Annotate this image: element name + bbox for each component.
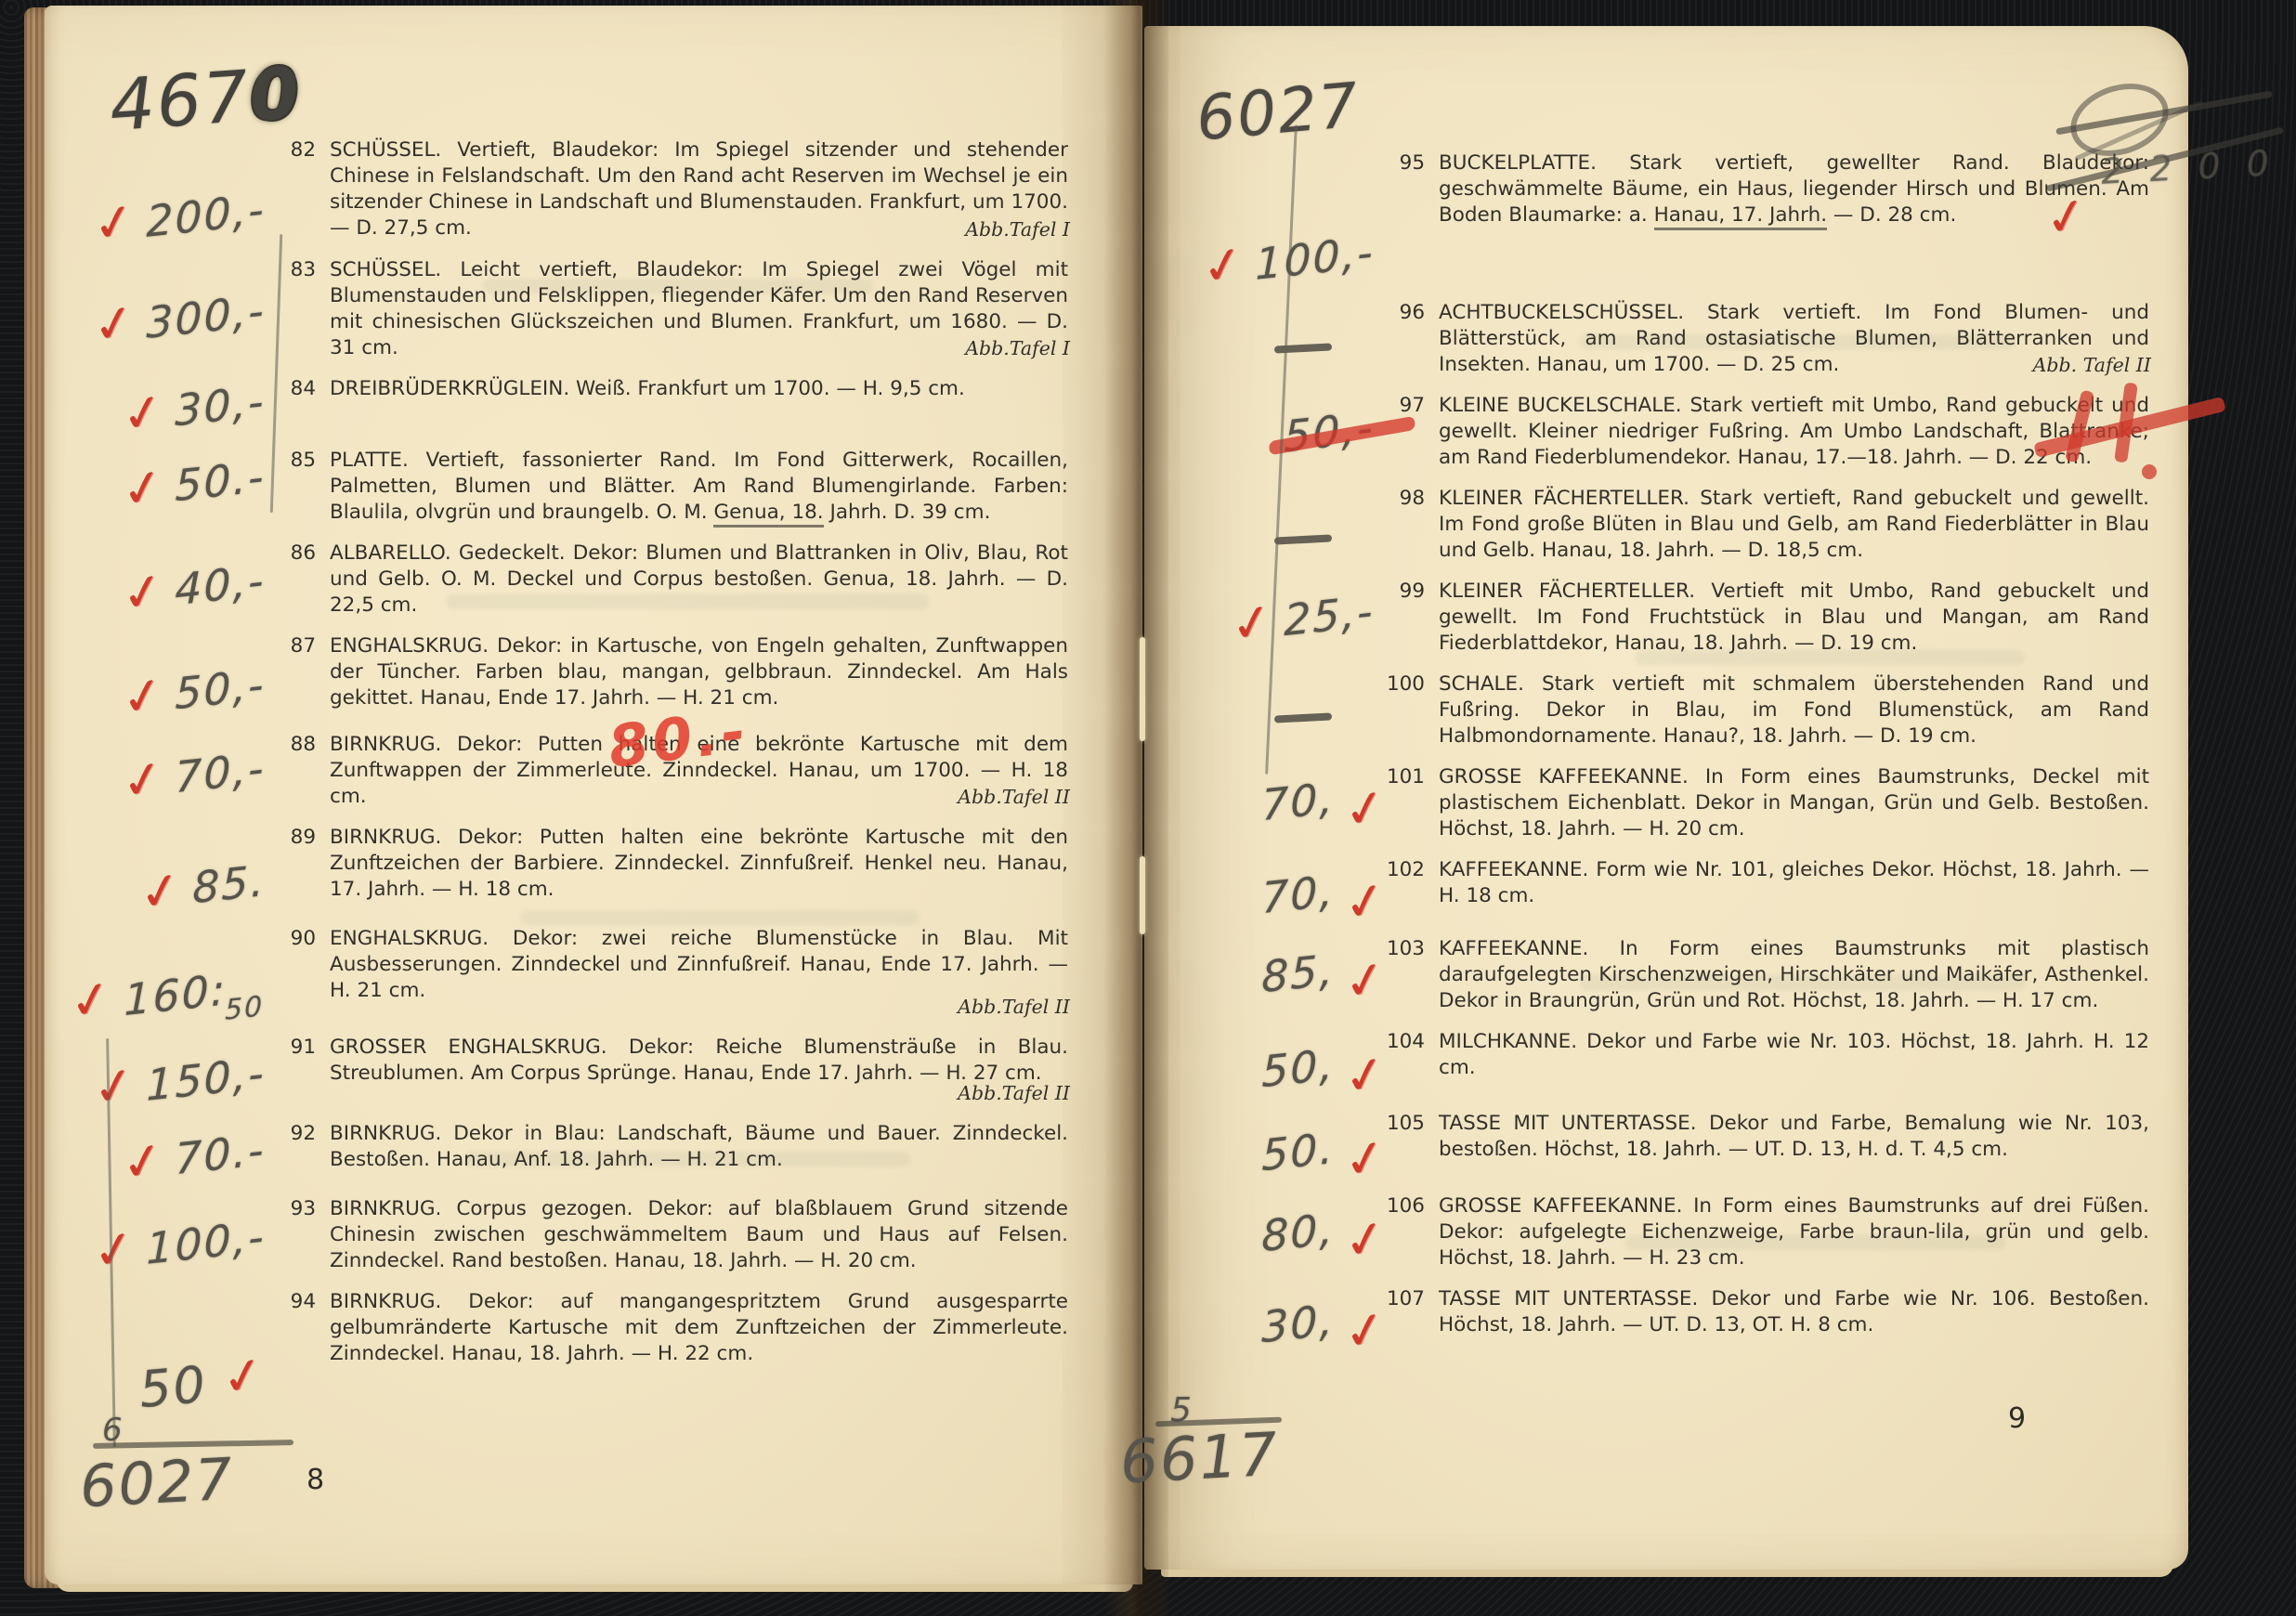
catalog-entry: ✓ 100,- 95 BUCKELPLATTE. Stark vertieft,… (1165, 150, 2151, 285)
handwritten-price: 70, (1261, 785, 1335, 818)
margin-annotation: ✓ 50,- (56, 633, 266, 716)
handwritten-price: 80, (1261, 1216, 1335, 1249)
lot-description: KAFFEEKANNE. Form wie Nr. 101, gleiches … (1439, 857, 2151, 921)
check-mark-icon: ✓ (119, 465, 169, 513)
footer-total: 6617 (1118, 1421, 1281, 1498)
binding-stitch (1140, 637, 1145, 741)
lot-number: 82 (266, 137, 330, 242)
margin-annotation: ✓ 100,- (1165, 150, 1375, 285)
plate-reference: Abb.Tafel I (965, 335, 1070, 361)
right-page-entries: ✓ 100,- 95 BUCKELPLATTE. Stark vertieft,… (1165, 150, 2151, 1365)
check-mark-icon: ✓ (1340, 1052, 1390, 1100)
lot-number: 94 (266, 1289, 330, 1396)
catalog-entry: ✓ 160:50 90 ENGHALSKRUG. Dekor: zwei rei… (56, 926, 1070, 1020)
catalog-entry: 96 ACHTBUCKELSCHÜSSEL. Stark vertieft. I… (1165, 300, 2151, 378)
catalog-entry: 98 KLEINER FÄCHERTELLER. Stark vertieft,… (1165, 486, 2151, 564)
catalog-entry: ✓ 70,- 88 BIRNKRUG. Dekor: Putten halten… (56, 732, 1070, 810)
catalog-entry: 30, ✓ 107 TASSE MIT UNTERTASSE. Dekor un… (1165, 1286, 2151, 1350)
book-gutter (1103, 0, 1168, 1616)
lot-description: GROSSE KAFFEEKANNE. In Form eines Baumst… (1439, 764, 2151, 842)
handwritten-price: 25,- (1285, 598, 1375, 633)
margin-annotation: ✓ 40,- (56, 541, 266, 619)
check-mark-icon: ✓ (1340, 958, 1390, 1005)
lot-description: BIRNKRUG. Corpus gezogen. Dekor: auf bla… (330, 1196, 1070, 1274)
lot-number: 98 (1375, 486, 1439, 564)
catalog-entry: 50. ✓ 105 TASSE MIT UNTERTASSE. Dekor un… (1165, 1111, 2151, 1179)
catalog-entry: ✓ 25,- 99 KLEINER FÄCHERTELLER. Vertieft… (1165, 579, 2151, 657)
margin-annotation (1165, 486, 1375, 564)
check-mark-icon: ✓ (1340, 785, 1390, 832)
handwritten-price: 50.- (176, 463, 266, 499)
margin-annotation (1165, 300, 1375, 378)
handwritten-price: 40,- (176, 567, 266, 603)
binding-stitch (1140, 856, 1145, 934)
lot-description: BIRNKRUG. Dekor in Blau: Landschaft, Bäu… (330, 1121, 1070, 1181)
catalog-entry: ✓ 40,- 86 ALBARELLO. Gedeckelt. Dekor: B… (56, 541, 1070, 619)
check-mark-icon: ✓ (119, 1138, 169, 1185)
handwritten-price: 85. (192, 867, 266, 900)
margin-annotation: ✓ 25,- (1165, 579, 1375, 657)
corner-note: 2 2 0 0 (2100, 142, 2277, 192)
check-mark-icon: ✓ (119, 389, 169, 437)
lot-description: SCHALE. Stark vertieft mit schmalem über… (1439, 671, 2151, 749)
lot-description: ENGHALSKRUG. Dekor: zwei reiche Blumenst… (330, 926, 1070, 1020)
auction-catalog-spread: ✓ 200,- 82 SCHÜSSEL. Vertieft, Blaudekor… (0, 0, 2296, 1616)
handwritten-price: 50,- (1285, 414, 1375, 450)
lot-description: MILCHKANNE. Dekor und Farbe wie Nr. 103.… (1439, 1029, 2151, 1095)
handwritten-price: 100,- (146, 1223, 265, 1262)
margin-annotation: ✓ 300,- (56, 257, 266, 361)
header-code: 6027 (1194, 69, 1363, 154)
catalog-entry: 70, ✓ 102 KAFFEEKANNE. Form wie Nr. 101,… (1165, 857, 2151, 921)
check-mark-icon: ✓ (89, 1062, 139, 1110)
plate-reference: Abb.Tafel II (958, 1080, 1070, 1106)
handwritten-price: 70,- (176, 754, 266, 789)
footer-amount: 50 (137, 1355, 209, 1419)
lot-number: 91 (266, 1035, 330, 1106)
catalog-entry: ✓ 70.- 92 BIRNKRUG. Dekor in Blau: Lands… (56, 1121, 1070, 1181)
scribble-blob: 0 (247, 51, 304, 137)
lot-description: SCHÜSSEL. Vertieft, Blaudekor: Im Spiege… (330, 137, 1070, 242)
check-mark-icon: ✓ (119, 569, 169, 617)
margin-annotation: ✓ 200,- (56, 137, 266, 242)
lot-number: 99 (1375, 579, 1439, 657)
lot-description: TASSE MIT UNTERTASSE. Dekor und Farbe, B… (1439, 1111, 2151, 1179)
margin-annotation: ✓ 50.- (56, 448, 266, 526)
margin-annotation: 50, ✓ (1165, 1029, 1375, 1095)
left-page-entries: ✓ 200,- 82 SCHÜSSEL. Vertieft, Blaudekor… (56, 137, 1070, 1412)
handwritten-price: 100,- (1255, 239, 1374, 278)
lot-number: 85 (266, 448, 330, 526)
margin-annotation: 85, ✓ (1165, 936, 1375, 1014)
lot-description: GROSSE KAFFEEKANNE. In Form eines Baumst… (1439, 1193, 2151, 1271)
plate-reference: Abb.Tafel II (958, 994, 1070, 1020)
handwritten-price: 30, (1261, 1307, 1335, 1340)
margin-annotation: ✓ 85. (56, 825, 266, 911)
lot-description: ALBARELLO. Gedeckelt. Dekor: Blumen und … (330, 541, 1070, 619)
handwritten-price: 30,- (176, 388, 266, 424)
corner-scribble: 4670 (107, 51, 304, 147)
catalog-entry: 70, ✓ 101 GROSSE KAFFEEKANNE. In Form ei… (1165, 764, 2151, 842)
red-crayon-price: 80.- (607, 717, 750, 760)
catalog-entry: ✓ 94 BIRNKRUG. Dekor: auf mangangespritz… (56, 1289, 1070, 1396)
handwritten-price: 300,- (146, 297, 265, 336)
catalog-entry: 100 SCHALE. Stark vertieft mit schmalem … (1165, 671, 2151, 749)
margin-annotation: 30, ✓ (1165, 1286, 1375, 1350)
red-scribble-dot (2142, 464, 2157, 479)
catalog-entry: ✓ 85. 89 BIRNKRUG. Dekor: Putten halten … (56, 825, 1070, 911)
lot-description: KLEINER FÄCHERTELLER. Vertieft mit Umbo,… (1439, 579, 2151, 657)
plate-reference: Abb. Tafel II (2033, 352, 2151, 378)
lot-description: GROSSER ENGHALSKRUG. Dekor: Reiche Blume… (330, 1035, 1070, 1106)
lot-number: 89 (266, 825, 330, 911)
pencil-underlined-text: Hanau, 17. Jahrh. (1654, 203, 1828, 230)
lot-number: 100 (1375, 671, 1439, 749)
check-mark-icon: ✓ (1228, 599, 1278, 646)
check-mark-icon: ✓ (2042, 193, 2091, 240)
catalog-entry: ✓ 150,- 91 GROSSER ENGHALSKRUG. Dekor: R… (56, 1035, 1070, 1106)
margin-annotation: 80, ✓ (1165, 1193, 1375, 1271)
catalog-entry: ✓ 50,- 87 ENGHALSKRUG. Dekor: in Kartusc… (56, 633, 1070, 716)
check-mark-icon: ✓ (1198, 241, 1248, 289)
check-mark-icon: ✓ (89, 199, 139, 246)
margin-annotation: ✓ 70.- (56, 1121, 266, 1181)
lot-description: BIRNKRUG. Dekor: Putten halten eine bekr… (330, 732, 1070, 810)
catalog-entry: 80, ✓ 106 GROSSE KAFFEEKANNE. In Form ei… (1165, 1193, 2151, 1271)
catalog-entry: 50, ✓ 104 MILCHKANNE. Dekor und Farbe wi… (1165, 1029, 2151, 1095)
check-mark-icon: ✓ (67, 976, 117, 1023)
lot-number: 88 (266, 732, 330, 810)
margin-annotation: ✓ 160:50 (56, 926, 266, 1020)
handwritten-price: 85, (1261, 957, 1335, 990)
catalog-entry: ✓ 200,- 82 SCHÜSSEL. Vertieft, Blaudekor… (56, 137, 1070, 242)
lot-number: 90 (266, 926, 330, 1020)
catalog-entry: ✓ 100,- 93 BIRNKRUG. Corpus gezogen. Dek… (56, 1196, 1070, 1274)
check-mark-icon: ✓ (1340, 1307, 1390, 1354)
lot-description: KLEINER FÄCHERTELLER. Stark vertieft, Ra… (1439, 486, 2151, 564)
lot-number: 96 (1375, 300, 1439, 378)
lot-number: 95 (1375, 150, 1439, 285)
margin-annotation: ✓ 30,- (56, 376, 266, 433)
check-mark-icon: ✓ (89, 1227, 139, 1274)
handwritten-price: 50. (1261, 1134, 1335, 1167)
page-number-right: 9 (2008, 1402, 2026, 1435)
pencil-dash-mark (1274, 535, 1332, 545)
pencil-dash-mark (1274, 713, 1332, 723)
handwritten-price: 160:50 (124, 972, 266, 1020)
pencil-dash-mark (1274, 344, 1332, 354)
check-mark-icon: ✓ (1340, 1216, 1390, 1263)
margin-annotation: ✓ 150,- (56, 1035, 266, 1106)
footer-total: 6027 (78, 1445, 235, 1521)
price-sub-digits: 50 (225, 990, 264, 1027)
margin-annotation: ✓ 100,- (56, 1196, 266, 1274)
margin-annotation: 70, ✓ (1165, 857, 1375, 921)
page-number-left: 8 (307, 1464, 324, 1496)
check-mark-icon: ✓ (119, 673, 169, 721)
handwritten-price: 70.- (176, 1137, 266, 1172)
lot-description: SCHÜSSEL. Leicht vertieft, Blaudekor: Im… (330, 257, 1070, 361)
handwritten-price: 200,- (146, 196, 265, 235)
lot-number: 87 (266, 633, 330, 716)
catalog-entry: ✓ 30,- 84 DREIBRÜDERKRÜGLEIN. Weiß. Fran… (56, 376, 1070, 433)
margin-annotation: 70, ✓ (1165, 764, 1375, 842)
handwritten-price: 70, (1261, 878, 1335, 911)
check-mark-icon: ✓ (218, 1353, 268, 1401)
lot-description: ACHTBUCKELSCHÜSSEL. Stark vertieft. Im F… (1439, 300, 2151, 378)
lot-description: BIRNKRUG. Dekor: Putten halten eine bekr… (330, 825, 1070, 911)
catalog-entry: 85, ✓ 103 KAFFEEKANNE. In Form eines Bau… (1165, 936, 2151, 1014)
margin-annotation: 50,- (1165, 393, 1375, 471)
handwritten-price: 50, (1261, 1051, 1335, 1085)
check-mark-icon: ✓ (119, 756, 169, 803)
lot-description: KLEINE BUCKELSCHALE. Stark vertieft mit … (1439, 393, 2151, 471)
check-mark-icon: ✓ (136, 867, 186, 915)
pencil-underlined-text: Genua, 18. (713, 501, 823, 528)
plate-reference: Abb.Tafel II (958, 784, 1070, 810)
margin-annotation: 50. ✓ (1165, 1111, 1375, 1179)
lot-description: TASSE MIT UNTERTASSE. Dekor und Farbe wi… (1439, 1286, 2151, 1350)
handwritten-price: 150,- (146, 1060, 265, 1099)
handwritten-price: 50,- (176, 671, 266, 707)
lot-description: PLATTE. Vertieft, fassonierter Rand. Im … (330, 448, 1070, 526)
check-mark-icon: ✓ (1340, 878, 1390, 925)
check-mark-icon: ✓ (1340, 1135, 1390, 1182)
lot-description: DREIBRÜDERKRÜGLEIN. Weiß. Frankfurt um 1… (330, 376, 1070, 433)
lot-description: KAFFEEKANNE. In Form eines Baumstrunks m… (1439, 936, 2151, 1014)
plate-reference: Abb.Tafel I (965, 216, 1070, 242)
catalog-entry: ✓ 300,- 83 SCHÜSSEL. Leicht vertieft, Bl… (56, 257, 1070, 361)
margin-annotation: ✓ 70,- (56, 732, 266, 810)
check-mark-icon: ✓ (89, 300, 139, 347)
catalog-entry: 50,- 97 KLEINE BUCKELSCHALE. Stark verti… (1165, 393, 2151, 471)
lot-number: 92 (266, 1121, 330, 1181)
catalog-entry: ✓ 50.- 85 PLATTE. Vertieft, fassonierter… (56, 448, 1070, 526)
lot-number: 93 (266, 1196, 330, 1274)
lot-number: 86 (266, 541, 330, 619)
lot-description: BIRNKRUG. Dekor: auf mangangespritztem G… (330, 1289, 1070, 1396)
